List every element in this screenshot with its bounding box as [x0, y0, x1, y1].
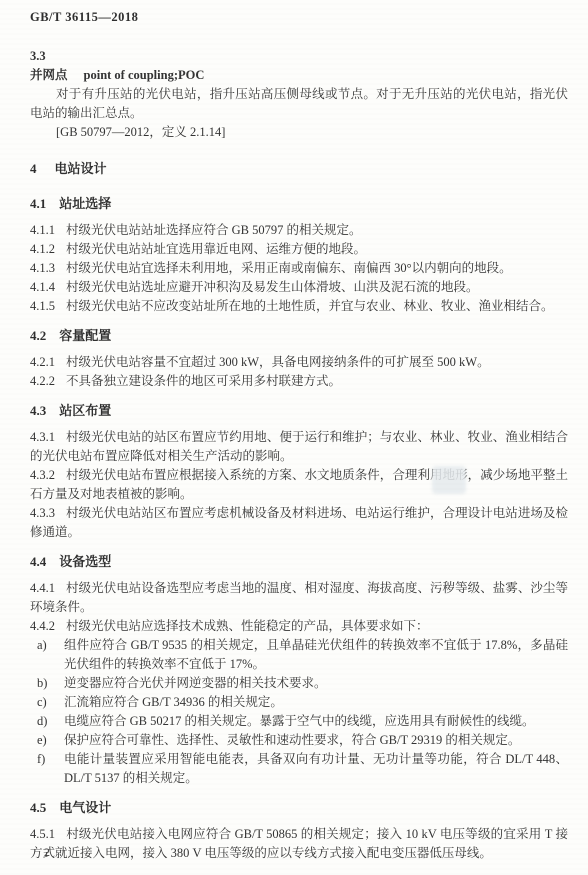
clause-text: 村级光伏电站站址选择应符合 GB 50797 的相关规定。: [66, 223, 362, 237]
clause-4-1-2: 4.1.2村级光伏电站站址宜选用靠近电网、运维方便的地段。: [30, 240, 568, 259]
clause-text: 村级光伏电站设备选型应考虑当地的温度、相对湿度、海拔高度、污秽等级、盐雾、沙尘等…: [30, 581, 568, 614]
clause-number: 4.1.3: [30, 261, 55, 275]
clause-number: 4.3.3: [30, 506, 55, 520]
section-heading: 4.1站址选择: [30, 194, 568, 213]
section-title: 站区布置: [59, 403, 111, 418]
section-4-1: 4.1站址选择 4.1.1村级光伏电站站址选择应符合 GB 50797 的相关规…: [30, 194, 568, 316]
clause-text: 村级光伏电站站区布置应考虑机械设备及材料进场、电站运行维护，合理设计电站进场及检…: [30, 506, 568, 539]
section-title: 电气设计: [59, 800, 111, 815]
section-number: 4.4: [30, 554, 46, 569]
term-definition: 对于有升压站的光伏电站，指升压站高压侧母线或节点。对于无升压站的光伏电站，指光伏…: [30, 85, 568, 123]
clause-4-1-3: 4.1.3村级光伏电站宜选择未利用地，采用正南或南偏东、南偏西 30°以内朝向的…: [30, 259, 568, 278]
section-number: 4.2: [30, 328, 46, 343]
clause-number: 4.3.2: [30, 468, 55, 482]
clause-4-2-2: 4.2.2不具备独立建设条件的地区可采用多村联建方式。: [30, 372, 568, 391]
list-item-d: d)电缆应符合 GB 50217 的相关规定。暴露于空气中的线缆，应选用具有耐候…: [30, 712, 568, 731]
clause-text: 村级光伏电站容量不宜超过 300 kW，具备电网接纳条件的可扩展至 500 kW…: [66, 355, 490, 369]
clause-4-4-1: 4.4.1村级光伏电站设备选型应考虑当地的温度、相对湿度、海拔高度、污秽等级、盐…: [30, 579, 568, 617]
list-marker: b): [37, 674, 47, 693]
clause-text: 村级光伏电站的站区布置应节约用地、便于运行和维护；与农业、林业、牧业、渔业相结合…: [30, 430, 568, 463]
section-heading: 4.5电气设计: [30, 798, 568, 817]
list-item-e: e)保护应符合可靠性、选择性、灵敏性和速动性要求，符合 GB/T 29319 的…: [30, 731, 568, 750]
list-item-text: 保护应符合可靠性、选择性、灵敏性和速动性要求，符合 GB/T 29319 的相关…: [64, 733, 520, 747]
section-number: 4.5: [30, 800, 46, 815]
list-item-text: 电能计量装置应采用智能电能表，具备双向有功计量、无功计量等功能，符合 DL/T …: [64, 752, 568, 785]
page-number: 2: [44, 844, 50, 863]
clause-text: 不具备独立建设条件的地区可采用多村联建方式。: [66, 374, 341, 388]
document-page: GB/T 36115—2018 3.3 并网点point of coupling…: [0, 0, 588, 875]
clause-4-3-1: 4.3.1村级光伏电站的站区布置应节约用地、便于运行和维护；与农业、林业、牧业、…: [30, 428, 568, 466]
clause-4-1-1: 4.1.1村级光伏电站站址选择应符合 GB 50797 的相关规定。: [30, 221, 568, 240]
clause-text: 村级光伏电站不应改变站址所在地的土地性质，并宜与农业、林业、牧业、渔业相结合。: [66, 299, 554, 313]
term-name-en: point of coupling;POC: [84, 68, 205, 82]
clause-text: 村级光伏电站选址应避开冲积沟及易发生山体滑坡、山洪及泥石流的地段。: [66, 280, 479, 294]
chapter-number: 4: [30, 161, 37, 176]
list-item-b: b)逆变器应符合光伏并网逆变器的相关技术要求。: [30, 674, 568, 693]
clause-4-1-5: 4.1.5村级光伏电站不应改变站址所在地的土地性质，并宜与农业、林业、牧业、渔业…: [30, 297, 568, 316]
list-item-text: 组件应符合 GB/T 9535 的相关规定，且单晶硅光伏组件的转换效率不宜低于 …: [64, 638, 568, 671]
list-marker: f): [37, 750, 45, 769]
list-marker: e): [37, 731, 47, 750]
clause-text: 村级光伏电站站址宜选用靠近电网、运维方便的地段。: [66, 242, 366, 256]
clause-number: 4.4.1: [30, 581, 55, 595]
list-item-f: f)电能计量装置应采用智能电能表，具备双向有功计量、无功计量等功能，符合 DL/…: [30, 750, 568, 788]
section-heading: 4.4设备选型: [30, 552, 568, 571]
clause-number: 4.1.1: [30, 223, 55, 237]
list-marker: d): [37, 712, 47, 731]
list-item-c: c)汇流箱应符合 GB/T 34936 的相关规定。: [30, 693, 568, 712]
running-header: GB/T 36115—2018: [30, 8, 568, 27]
section-heading: 4.3站区布置: [30, 401, 568, 420]
term-source: [GB 50797—2012，定义 2.1.14]: [30, 123, 568, 142]
section-title: 设备选型: [59, 554, 111, 569]
section-4-2: 4.2容量配置 4.2.1村级光伏电站容量不宜超过 300 kW，具备电网接纳条…: [30, 326, 568, 391]
list-item-text: 逆变器应符合光伏并网逆变器的相关技术要求。: [64, 676, 327, 690]
clause-number: 4.1.5: [30, 299, 55, 313]
section-title: 容量配置: [59, 328, 111, 343]
clause-4-5-1: 4.5.1村级光伏电站接入电网应符合 GB/T 50865 的相关规定；接入 1…: [30, 825, 568, 863]
section-4-3: 4.3站区布置 4.3.1村级光伏电站的站区布置应节约用地、便于运行和维护；与农…: [30, 401, 568, 542]
term-number: 3.3: [30, 47, 568, 66]
clause-number: 4.5.1: [30, 827, 55, 841]
clause-number: 4.1.2: [30, 242, 55, 256]
clause-4-3-2: 4.3.2村级光伏电站布置应根据接入系统的方案、水文地质条件，合理利用地形，减少…: [30, 466, 568, 504]
clause-number: 4.2.2: [30, 374, 55, 388]
clause-number: 4.4.2: [30, 619, 55, 633]
list-marker: c): [37, 693, 47, 712]
term-line: 并网点point of coupling;POC: [30, 66, 568, 85]
clause-text: 村级光伏电站宜选择未利用地，采用正南或南偏东、南偏西 30°以内朝向的地段。: [66, 261, 512, 275]
clause-number: 4.3.1: [30, 430, 55, 444]
clause-4-4-2: 4.4.2村级光伏电站应选择技术成熟、性能稳定的产品，具体要求如下：: [30, 617, 568, 636]
clause-text: 村级光伏电站布置应根据接入系统的方案、水文地质条件，合理利用地形，减少场地平整土…: [30, 468, 568, 501]
section-heading: 4.2容量配置: [30, 326, 568, 345]
section-number: 4.3: [30, 403, 46, 418]
term-name-cn: 并网点: [30, 68, 68, 82]
list-item-a: a)组件应符合 GB/T 9535 的相关规定，且单晶硅光伏组件的转换效率不宜低…: [30, 636, 568, 674]
clause-4-2-1: 4.2.1村级光伏电站容量不宜超过 300 kW，具备电网接纳条件的可扩展至 5…: [30, 353, 568, 372]
clause-text: 村级光伏电站应选择技术成熟、性能稳定的产品，具体要求如下：: [66, 619, 429, 633]
requirement-list: a)组件应符合 GB/T 9535 的相关规定，且单晶硅光伏组件的转换效率不宜低…: [30, 636, 568, 788]
clause-4-1-4: 4.1.4村级光伏电站选址应避开冲积沟及易发生山体滑坡、山洪及泥石流的地段。: [30, 278, 568, 297]
chapter-title: 电站设计: [55, 161, 107, 176]
list-item-text: 电缆应符合 GB 50217 的相关规定。暴露于空气中的线缆，应选用具有耐候性的…: [64, 714, 535, 728]
chapter-heading: 4电站设计: [30, 159, 568, 178]
section-title: 站址选择: [59, 196, 111, 211]
term-section: 3.3 并网点point of coupling;POC 对于有升压站的光伏电站…: [30, 47, 568, 142]
section-4-5: 4.5电气设计 4.5.1村级光伏电站接入电网应符合 GB/T 50865 的相…: [30, 798, 568, 863]
section-4-4: 4.4设备选型 4.4.1村级光伏电站设备选型应考虑当地的温度、相对湿度、海拔高…: [30, 552, 568, 788]
clause-number: 4.2.1: [30, 355, 55, 369]
section-number: 4.1: [30, 196, 46, 211]
clause-text: 村级光伏电站接入电网应符合 GB/T 50865 的相关规定；接入 10 kV …: [30, 827, 568, 860]
clause-number: 4.1.4: [30, 280, 55, 294]
list-item-text: 汇流箱应符合 GB/T 34936 的相关规定。: [64, 695, 283, 709]
clause-4-3-3: 4.3.3村级光伏电站站区布置应考虑机械设备及材料进场、电站运行维护，合理设计电…: [30, 504, 568, 542]
list-marker: a): [37, 636, 47, 655]
scan-artifact: [432, 466, 466, 494]
